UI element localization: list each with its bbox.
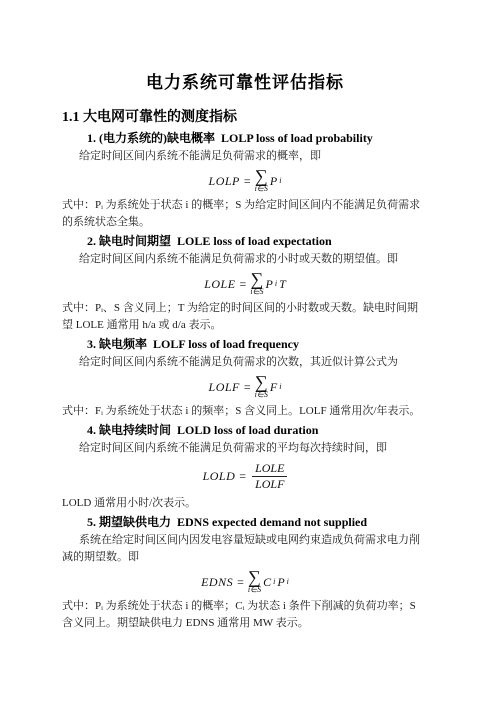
indicator-section-lole: 2. 缺电时间期望 LOLE loss of load expectation … (62, 233, 428, 334)
indicator-intro: 给定时间区间内系统不能满足负荷需求的小时或天数的期望值。即 (62, 251, 428, 268)
summation: ∑i∈S (255, 169, 268, 193)
formula-term: P (277, 575, 284, 590)
doc-title: 电力系统可靠性评估指标 (62, 70, 428, 96)
indicator-heading: 1. (电力系统的)缺电概率 LOLP loss of load probabi… (62, 130, 428, 147)
formula-lole: LOLE=∑i∈SPiT (62, 269, 428, 299)
indicator-note: 式中：Fᵢ 为系统处于状态 i 的频率；S 含义同上。LOLF 通常用次/年表示… (62, 403, 428, 420)
indicator-note: 式中：Pᵢ 为系统处于状态 i 的概率；Cᵢ 为状态 i 条件下削减的负荷功率；… (62, 598, 428, 632)
equals-sign: = (238, 277, 249, 292)
sum-subscript: i∈S (248, 586, 261, 594)
sigma-icon: ∑ (251, 272, 264, 287)
term-subscript: i (273, 578, 275, 586)
sum-subscript: i∈S (255, 185, 268, 193)
indicator-heading: 5. 期望缺供电力 EDNS expected demand not suppl… (62, 514, 428, 531)
document-page: 电力系统可靠性评估指标 1.1 大电网可靠性的测度指标 1. (电力系统的)缺电… (0, 0, 500, 707)
formula-term: T (279, 277, 286, 292)
formula-lolp: LOLP=∑i∈SPi (62, 166, 428, 196)
summation: ∑i∈S (255, 375, 268, 399)
equals-sign: = (242, 380, 253, 395)
equals-sign: = (242, 174, 253, 189)
formula-lhs: LOLE (204, 277, 235, 292)
formula-lhs: LOLD (203, 469, 236, 484)
formula-lhs: LOLP (209, 174, 240, 189)
formula-lhs: EDNS (201, 575, 233, 590)
formula-term: P (270, 174, 277, 189)
formula-lold: LOLD=LOLELOLF (62, 458, 428, 494)
fraction-denominator: LOLF (255, 477, 284, 491)
formula-term: P (266, 277, 273, 292)
formula-lhs: LOLF (209, 380, 240, 395)
sigma-icon: ∑ (248, 570, 261, 585)
sum-subscript: i∈S (250, 288, 263, 296)
fraction-numerator: LOLE (252, 462, 287, 477)
equals-sign: = (235, 575, 246, 590)
term-subscript: i (287, 578, 289, 586)
formula-term: F (270, 380, 277, 395)
formula-lolf: LOLF=∑i∈SFi (62, 372, 428, 402)
indicator-section-lold: 4. 缺电持续时间 LOLD loss of load duration 给定时… (62, 422, 428, 512)
indicator-heading: 4. 缺电持续时间 LOLD loss of load duration (62, 422, 428, 439)
indicator-intro: 给定时间区间内系统不能满足负荷需求的平均每次持续时间，即 (62, 440, 428, 457)
equals-sign: = (237, 469, 248, 484)
formula-edns: EDNS=∑i∈SCiPi (62, 567, 428, 597)
summation: ∑i∈S (250, 272, 263, 296)
indicator-note: 式中：Pᵢ、S 含义同上；T 为给定的时间区间的小时数或天数。缺电时间期望 LO… (62, 300, 428, 334)
section-heading: 1.1 大电网可靠性的测度指标 (62, 108, 428, 128)
indicator-intro: 系统在给定时间区间内因发电容量短缺或电网约束造成负荷需求电力削减的期望数。即 (62, 532, 428, 566)
sigma-icon: ∑ (255, 375, 268, 390)
sigma-icon: ∑ (255, 169, 268, 184)
formula-term: C (263, 575, 271, 590)
indicator-note: 式中：Pᵢ 为系统处于状态 i 的概率；S 为给定时间区间内不能满足负荷需求的系… (62, 197, 428, 231)
indicator-section-lolp: 1. (电力系统的)缺电概率 LOLP loss of load probabi… (62, 130, 428, 231)
indicator-section-lolf: 3. 缺电频率 LOLF loss of load frequency 给定时间… (62, 336, 428, 420)
term-subscript: i (275, 280, 277, 288)
indicator-intro: 给定时间区间内系统不能满足负荷需求的概率，即 (62, 148, 428, 165)
term-subscript: i (279, 383, 281, 391)
indicator-note: LOLD 通常用小时/次表示。 (62, 495, 428, 512)
indicator-heading: 3. 缺电频率 LOLF loss of load frequency (62, 336, 428, 353)
sum-subscript: i∈S (255, 391, 268, 399)
indicator-intro: 给定时间区间内系统不能满足负荷需求的次数，其近似计算公式为 (62, 354, 428, 371)
indicator-heading: 2. 缺电时间期望 LOLE loss of load expectation (62, 233, 428, 250)
indicator-section-edns: 5. 期望缺供电力 EDNS expected demand not suppl… (62, 514, 428, 632)
summation: ∑i∈S (248, 570, 261, 594)
fraction: LOLELOLF (252, 462, 287, 491)
term-subscript: i (279, 177, 281, 185)
